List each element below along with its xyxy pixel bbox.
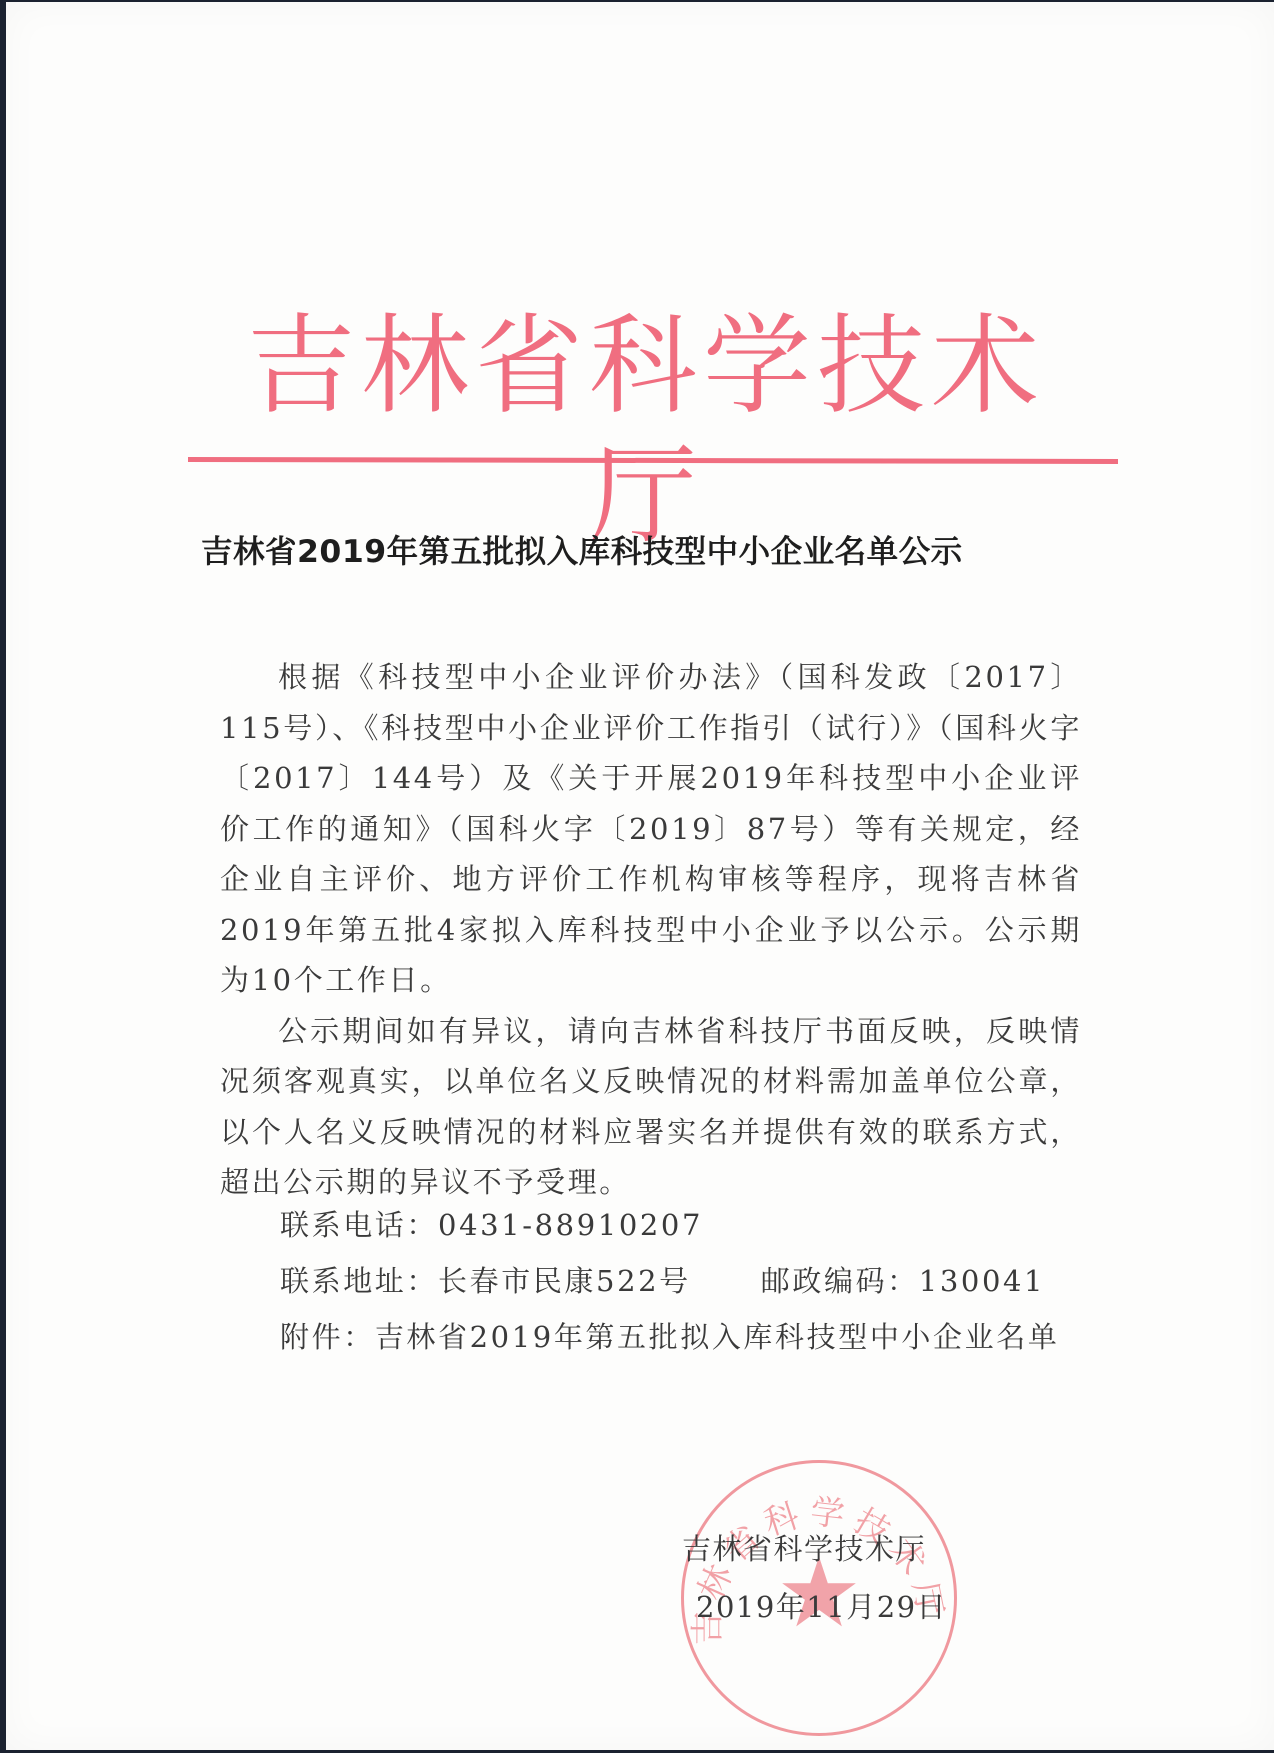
contact-phone-line: 联系电话：0431-88910207 [280, 1197, 1059, 1253]
document-page: 吉林省科学技术厅 吉林省2019年第五批拟入库科技型中小企业名单公示 根据《科技… [6, 2, 1274, 1750]
document-title: 吉林省2019年第五批拟入库科技型中小企业名单公示 [201, 527, 1101, 572]
body-paragraph: 公示期间如有异议，请向吉林省科技厅书面反映，反映情况须客观真实，以单位名义反映情… [220, 1006, 1082, 1208]
body-paragraph: 根据《科技型中小企业评价办法》（国科发政〔2017〕115号）、《科技型中小企业… [220, 652, 1082, 1006]
signature-org: 吉林省科学技术厅 [682, 1520, 982, 1578]
attachment-label: 附件： [280, 1320, 375, 1354]
contact-address-line: 联系地址：长春市民康522号邮政编码：130041 [280, 1253, 1059, 1309]
signature-date: 2019年11月29日 [682, 1578, 982, 1636]
contact-block: 联系电话：0431-88910207 联系地址：长春市民康522号邮政编码：13… [280, 1197, 1059, 1365]
attachment-line: 附件：吉林省2019年第五批拟入库科技型中小企业名单 [280, 1309, 1059, 1365]
postcode-label: 邮政编码： [761, 1264, 919, 1298]
phone-value: 0431-88910207 [438, 1208, 703, 1242]
address-label: 联系地址： [280, 1264, 438, 1298]
phone-label: 联系电话： [280, 1208, 438, 1242]
attachment-value: 吉林省2019年第五批拟入库科技型中小企业名单 [375, 1320, 1060, 1354]
masthead-org-name: 吉林省科学技术厅 [206, 302, 1086, 562]
postcode-value: 130041 [919, 1264, 1045, 1298]
address-value: 长春市民康522号 [438, 1264, 691, 1298]
signature-block: 吉林省科学技术厅 2019年11月29日 [682, 1520, 982, 1636]
document-body: 根据《科技型中小企业评价办法》（国科发政〔2017〕115号）、《科技型中小企业… [220, 652, 1082, 1208]
